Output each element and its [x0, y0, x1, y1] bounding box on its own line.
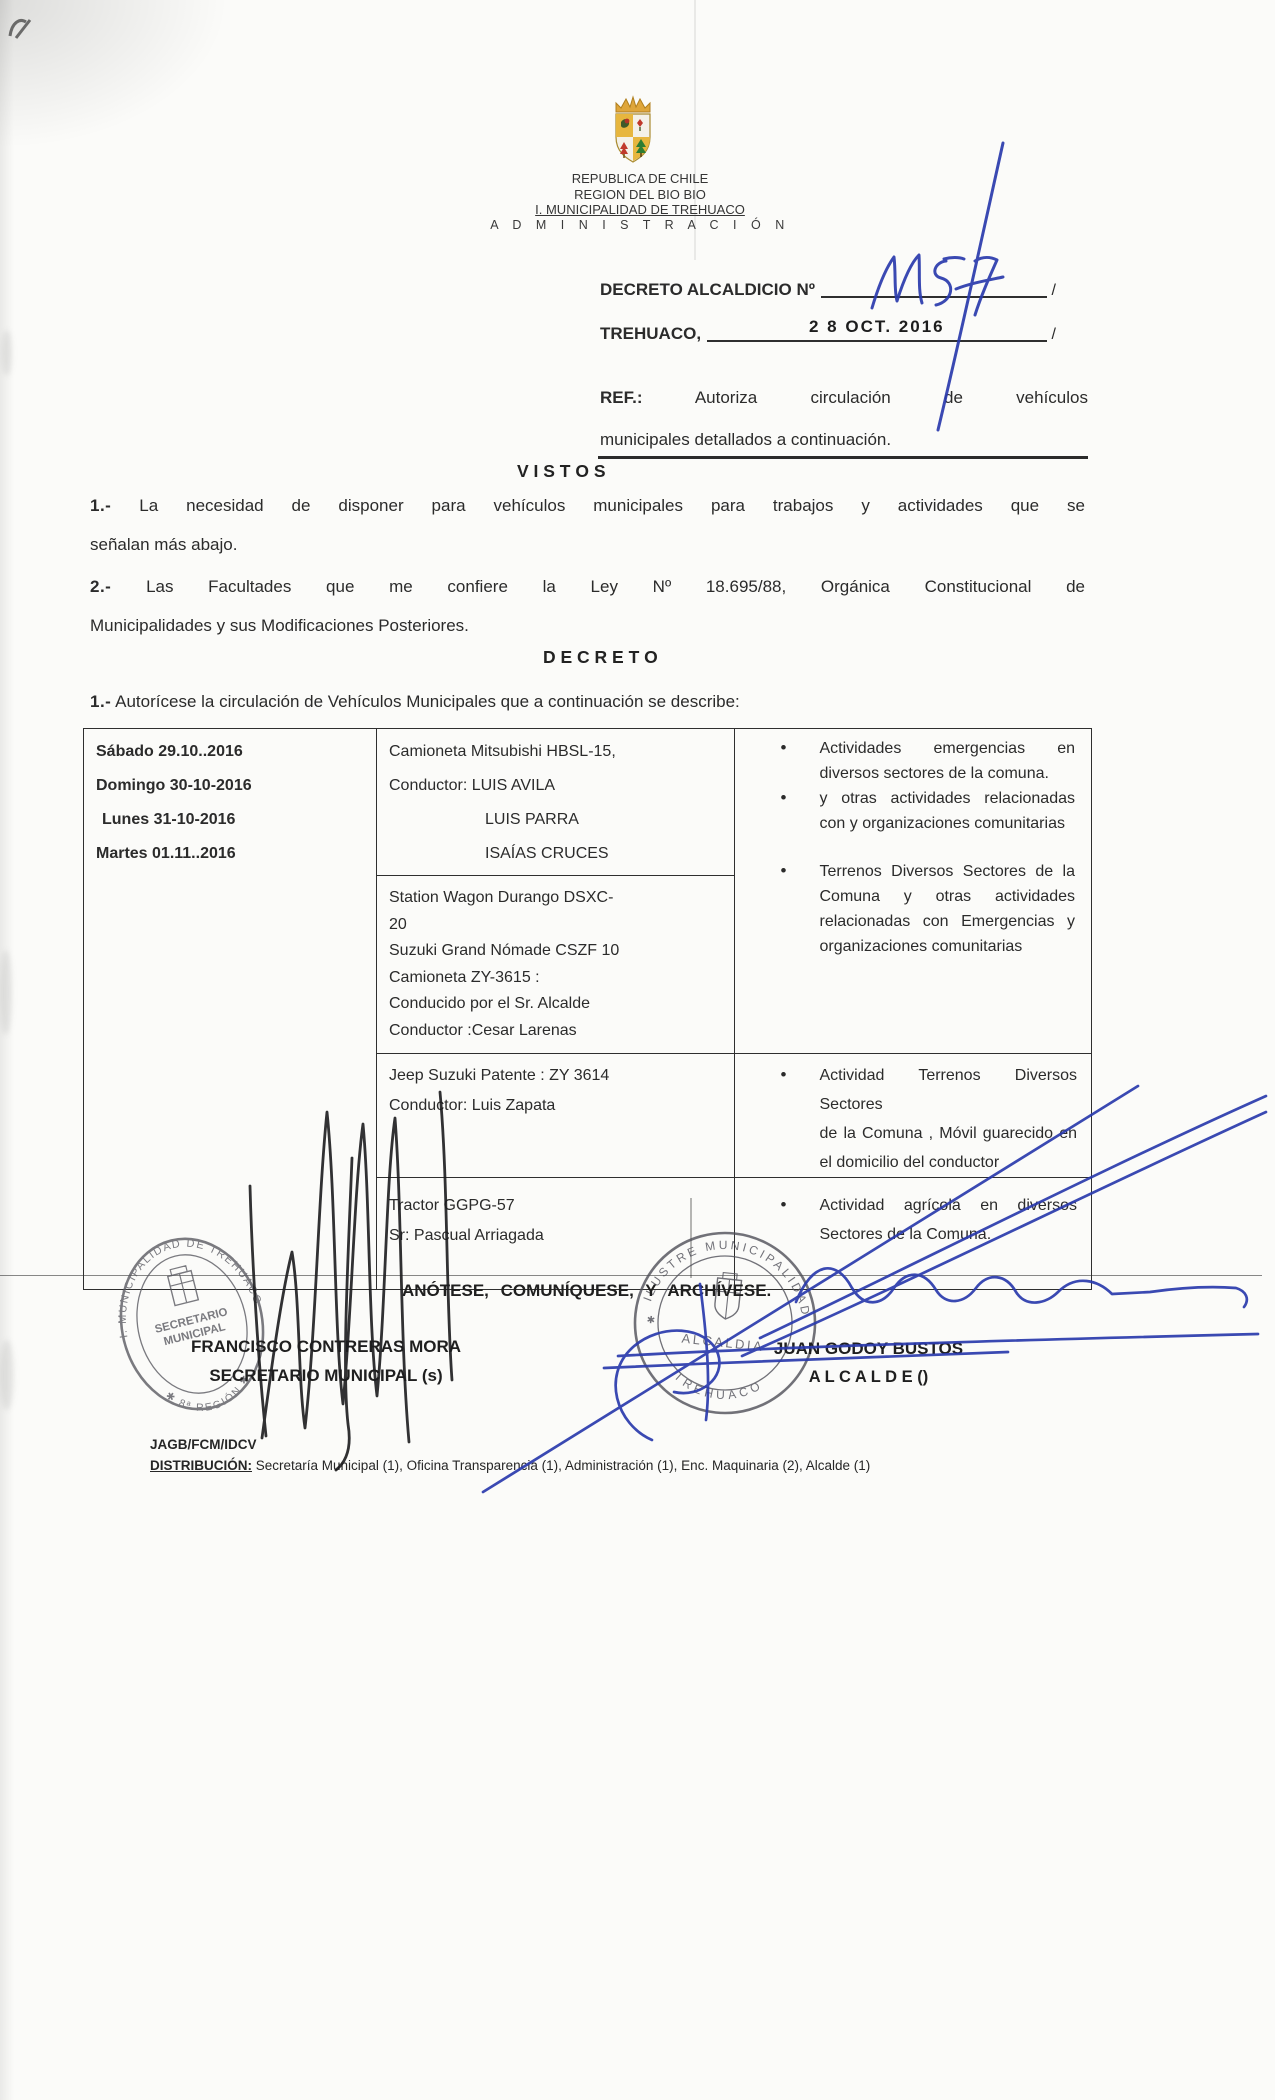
vistos-item-1: 1.- La necesidad de disponer para vehícu…: [90, 486, 1085, 564]
scan-smudge: [0, 1340, 14, 1410]
ref-line-1: REF.: Autoriza circulación de vehículos: [600, 377, 1088, 419]
ref-line-2: municipales detallados a continuación.: [600, 419, 1088, 461]
decree-slash: /: [1052, 326, 1056, 344]
activity-bullet: y otras actividades relacionadas con y o…: [735, 786, 1076, 836]
scan-smudge: [2, 330, 12, 376]
mayor-signature-block: JUAN GODOY BUSTOS A L C A L D E (): [716, 1339, 1021, 1387]
vistos-item-2: 2.- Las Facultades que me confiere la Le…: [90, 567, 1085, 645]
vehicle-cell-4: Tractor GGPG-57 Sr: Pascual Arriagada: [377, 1178, 735, 1290]
decree-date-blank: 2 8 OCT. 2016: [707, 316, 1046, 342]
org-country: REPUBLICA DE CHILE: [450, 171, 830, 187]
distribution-label: DISTRIBUCIÓN:: [150, 1458, 252, 1473]
footer-block: JAGB/FCM/IDCV DISTRIBUCIÓN: Secretaría M…: [150, 1437, 1100, 1473]
date-stamp: 2 8 OCT. 2016: [707, 317, 1046, 337]
secretary-title: SECRETARIO MUNICIPAL (s): [171, 1366, 481, 1386]
org-municipality: I. MUNICIPALIDAD DE TREHUACO: [450, 202, 830, 218]
activity-cell-3: Actividad Terrenos Diversos Sectores de …: [734, 1054, 1092, 1178]
decree-number-row: DECRETO ALCALDICIO Nº /: [600, 272, 1056, 300]
scan-smudge: [0, 950, 12, 1035]
ref-divider: [598, 456, 1088, 459]
dates-cell: Sábado 29.10..2016 Domingo 30-10-2016 Lu…: [84, 729, 377, 1290]
vehicle-cell-2: Station Wagon Durango DSXC- 20 Suzuki Gr…: [377, 876, 735, 1054]
activities-cell-merged: Actividades emergencias en diversos sect…: [734, 729, 1092, 1054]
vehicle-cell-3: Jeep Suzuki Patente : ZY 3614 Conductor:…: [377, 1054, 735, 1178]
decreto-item-1: 1.- Autorícese la circulación de Vehícul…: [90, 682, 1085, 721]
decree-city-label: TREHUACO,: [600, 324, 701, 344]
svg-text:✱: ✱: [646, 1315, 655, 1327]
activity-bullet: Actividades emergencias en diversos sect…: [735, 736, 1076, 786]
scan-left-edge: [0, 0, 14, 2100]
activity-bullet: Actividad agrícola en diversos Sectores …: [735, 1191, 1078, 1249]
ref-block: REF.: Autoriza circulación de vehículos …: [600, 377, 1088, 461]
letterhead: REPUBLICA DE CHILE REGION DEL BIO BIO I.…: [450, 171, 830, 233]
activity-bullet: Actividad Terrenos Diversos Sectores de …: [735, 1061, 1078, 1177]
secretary-name: FRANCISCO CONTRERAS MORA: [171, 1337, 481, 1357]
decree-date-row: TREHUACO, 2 8 OCT. 2016 /: [600, 316, 1056, 344]
org-department: A D M I N I S T R A C I Ó N: [450, 218, 830, 234]
org-region: REGION DEL BIO BIO: [450, 187, 830, 203]
section-heading-decreto: D E C R E T O: [543, 647, 658, 668]
distribution-line: DISTRIBUCIÓN: Secretaría Municipal (1), …: [150, 1458, 1100, 1473]
footer-initials: JAGB/FCM/IDCV: [150, 1437, 1100, 1452]
mayor-title: A L C A L D E (): [716, 1368, 1021, 1387]
section-heading-vistos: V I S T O S: [517, 461, 606, 482]
activity-bullet: Terrenos Diversos Sectores de la Comuna …: [735, 859, 1076, 959]
mayor-name: JUAN GODOY BUSTOS: [716, 1339, 1021, 1359]
closing-line: ANÓTESE, COMUNÍQUESE, Y ARCHÍVESE.: [402, 1281, 771, 1301]
decree-title-label: DECRETO ALCALDICIO Nº: [600, 280, 815, 300]
ref-label: REF.:: [600, 388, 643, 407]
svg-text:SECRETARIO: SECRETARIO: [154, 1306, 229, 1336]
vehicles-table: Sábado 29.10..2016 Domingo 30-10-2016 Lu…: [83, 728, 1092, 1290]
activity-cell-4: Actividad agrícola en diversos Sectores …: [734, 1178, 1092, 1290]
decree-slash: /: [1052, 282, 1056, 300]
scan-corner-shade: [0, 0, 230, 150]
secretary-signature-block: FRANCISCO CONTRERAS MORA SECRETARIO MUNI…: [171, 1337, 481, 1386]
vehicle-cell-1: Camioneta Mitsubishi HBSL-15, Conductor:…: [377, 729, 735, 876]
coat-of-arms: [604, 95, 662, 175]
document-page: REPUBLICA DE CHILE REGION DEL BIO BIO I.…: [0, 0, 1275, 2100]
decree-number-blank: [821, 272, 1047, 298]
